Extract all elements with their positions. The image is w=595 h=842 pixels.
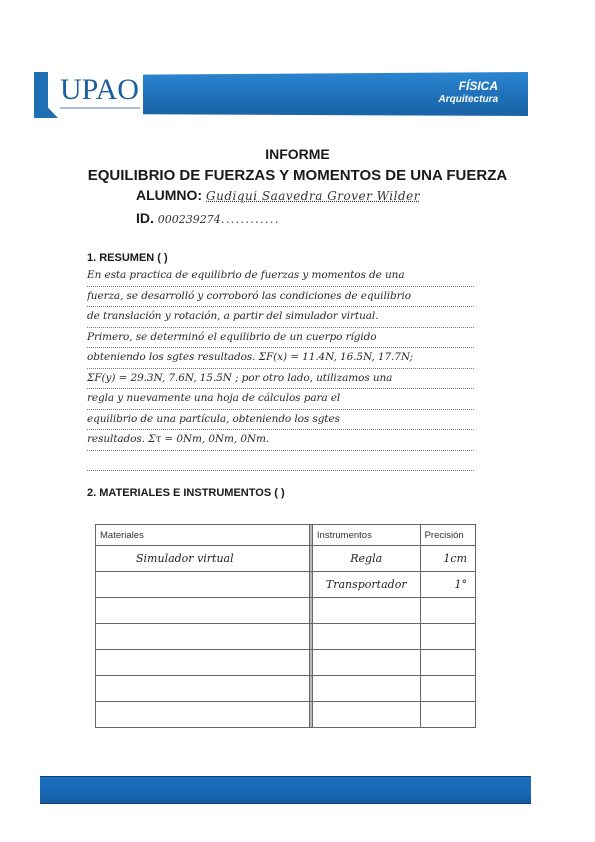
cell-precision: 1° — [420, 572, 475, 598]
cell-precision — [420, 702, 475, 728]
resumen-line: En esta practica de equilibrio de fuerza… — [87, 266, 474, 287]
section-materiales-title: 2. MATERIALES E INSTRUMENTOS ( ) — [87, 487, 285, 499]
banner-title: FÍSICA — [459, 80, 498, 93]
cell-material — [96, 598, 310, 624]
resumen-line — [87, 451, 474, 472]
cell-instrumento — [312, 702, 420, 728]
cell-material: Simulador virtual — [96, 546, 310, 572]
resumen-line: Primero, se determinó el equilibrio de u… — [87, 328, 474, 349]
logo-text: UPAO — [60, 74, 139, 106]
cell-precision — [420, 676, 475, 702]
resumen-line: obteniendo los sgtes resultados. ΣF(x) =… — [87, 348, 474, 369]
upao-logo: UPAO — [34, 70, 142, 120]
cell-precision — [420, 650, 475, 676]
header-materiales: Materiales — [96, 525, 310, 546]
resumen-line: de translación y rotación, a partir del … — [87, 307, 474, 328]
table-row — [96, 598, 476, 624]
cell-instrumento — [312, 650, 420, 676]
table-row — [96, 676, 476, 702]
cell-instrumento: Transportador — [312, 572, 420, 598]
header-instrumentos: Instrumentos — [312, 525, 420, 546]
resumen-text: En esta practica de equilibrio de fuerza… — [87, 266, 474, 471]
resumen-line: ΣF(y) = 29.3N, 7.6N, 15.5N ; por otro la… — [87, 369, 474, 390]
resumen-line: equilibrio de una partícula, obteniendo … — [87, 410, 474, 431]
cell-instrumento: Regla — [312, 546, 420, 572]
cell-instrumento — [312, 624, 420, 650]
table-row: Transportador1° — [96, 572, 476, 598]
alumno-field: ALUMNO: Gudiqui Saavedra Grover Wilder — [136, 187, 420, 203]
cell-material — [96, 650, 310, 676]
id-dots: ............ — [221, 210, 280, 226]
cell-material — [96, 624, 310, 650]
table-row — [96, 624, 476, 650]
alumno-value: Gudiqui Saavedra Grover Wilder — [206, 189, 420, 203]
table-row — [96, 702, 476, 728]
id-value: 000239274 — [158, 213, 221, 226]
document-heading: INFORME — [0, 146, 595, 162]
cell-precision: 1cm — [420, 546, 475, 572]
cell-material — [96, 676, 310, 702]
id-field: ID. 000239274............ — [136, 210, 279, 226]
cell-precision — [420, 598, 475, 624]
banner-subtitle: Arquitectura — [439, 94, 498, 105]
document-title: EQUILIBRIO DE FUERZAS Y MOMENTOS DE UNA … — [0, 167, 595, 184]
logo-bracket-foot-icon — [34, 108, 58, 118]
cell-material — [96, 702, 310, 728]
logo-subtitle — [60, 107, 140, 109]
cell-instrumento — [312, 676, 420, 702]
table-header-row: Materiales Instrumentos Precisión — [96, 525, 476, 546]
section-resumen-title: 1. RESUMEN ( ) — [87, 252, 168, 264]
resumen-line: regla y nuevamente una hoja de cálculos … — [87, 389, 474, 410]
cell-precision — [420, 624, 475, 650]
header-precision: Precisión — [420, 525, 475, 546]
footer-bar — [40, 776, 531, 804]
header-banner: FÍSICA Arquitectura — [143, 72, 528, 116]
resumen-line: fuerza, se desarrolló y corroboró las co… — [87, 287, 474, 308]
cell-instrumento — [312, 598, 420, 624]
cell-material — [96, 572, 310, 598]
materials-table: Materiales Instrumentos Precisión Simula… — [95, 524, 476, 728]
table-row — [96, 650, 476, 676]
id-label: ID. — [136, 210, 154, 226]
table-row: Simulador virtualRegla1cm — [96, 546, 476, 572]
alumno-label: ALUMNO: — [136, 187, 202, 203]
resumen-line: resultados. Στ = 0Nm, 0Nm, 0Nm. — [87, 430, 474, 451]
